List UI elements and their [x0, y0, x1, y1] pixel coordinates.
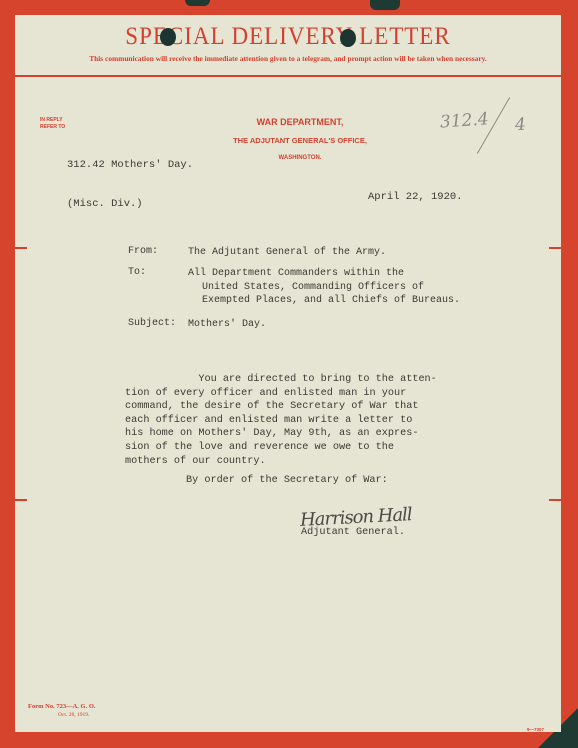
department-name: WAR DEPARTMENT, — [200, 117, 400, 127]
punch-hole — [160, 28, 176, 46]
office-name: THE ADJUTANT GENERAL'S OFFICE, — [200, 136, 400, 145]
punch-hole — [340, 29, 356, 47]
file-annotation: 312.4 — [439, 109, 489, 132]
to-value: All Department Commanders within the Uni… — [188, 267, 460, 308]
reply-label-line1: IN REPLY — [40, 117, 65, 124]
reply-label: IN REPLY REFER TO — [40, 117, 65, 131]
reply-label-line2: REFER TO — [40, 124, 65, 131]
fold-mark-right — [549, 499, 561, 501]
file-annotation-suffix: 4 — [514, 115, 526, 136]
closing-line: By order of the Secretary of War: — [186, 475, 388, 486]
reference-number: 312.42 Mothers' Day. (Misc. Div.) — [67, 133, 193, 237]
subject-value: Mothers' Day. — [188, 318, 266, 332]
form-number: Form No. 723—A. G. O. — [28, 703, 96, 710]
header-rule — [15, 75, 561, 77]
fold-mark-right — [549, 247, 561, 249]
to-line2: United States, Commanding Officers of — [188, 281, 460, 295]
fold-mark-left — [15, 247, 27, 249]
reference-line2: (Misc. Div.) — [67, 198, 193, 211]
reference-line1: 312.42 Mothers' Day. — [67, 159, 193, 172]
letter-date: April 22, 1920. — [368, 191, 463, 203]
from-label: From: — [128, 246, 158, 257]
letter-paper: SPECIAL DELIVERY LETTER This communicati… — [15, 15, 561, 732]
form-date: Oct. 28, 1919. — [58, 712, 89, 718]
letter-title: SPECIAL DELIVERY LETTER — [15, 21, 561, 50]
body-paragraph: You are directed to bring to the atten- … — [125, 373, 445, 468]
to-line1: All Department Commanders within the — [188, 267, 460, 281]
signatory-title: Adjutant General. — [301, 527, 405, 538]
subject-label: Subject: — [128, 318, 176, 329]
paper-tear — [185, 0, 210, 6]
to-label: To: — [128, 267, 146, 278]
letter-subline: This communication will receive the imme… — [15, 54, 561, 63]
from-value: The Adjutant General of the Army. — [188, 246, 386, 260]
to-line3: Exempted Places, and all Chiefs of Burea… — [188, 294, 460, 308]
letter-sheet: SPECIAL DELIVERY LETTER This communicati… — [0, 0, 578, 748]
fold-mark-left — [15, 499, 27, 501]
city-name: WASHINGTON. — [200, 155, 400, 161]
paper-tear — [370, 0, 400, 10]
print-code: 9—7307 — [527, 727, 544, 732]
